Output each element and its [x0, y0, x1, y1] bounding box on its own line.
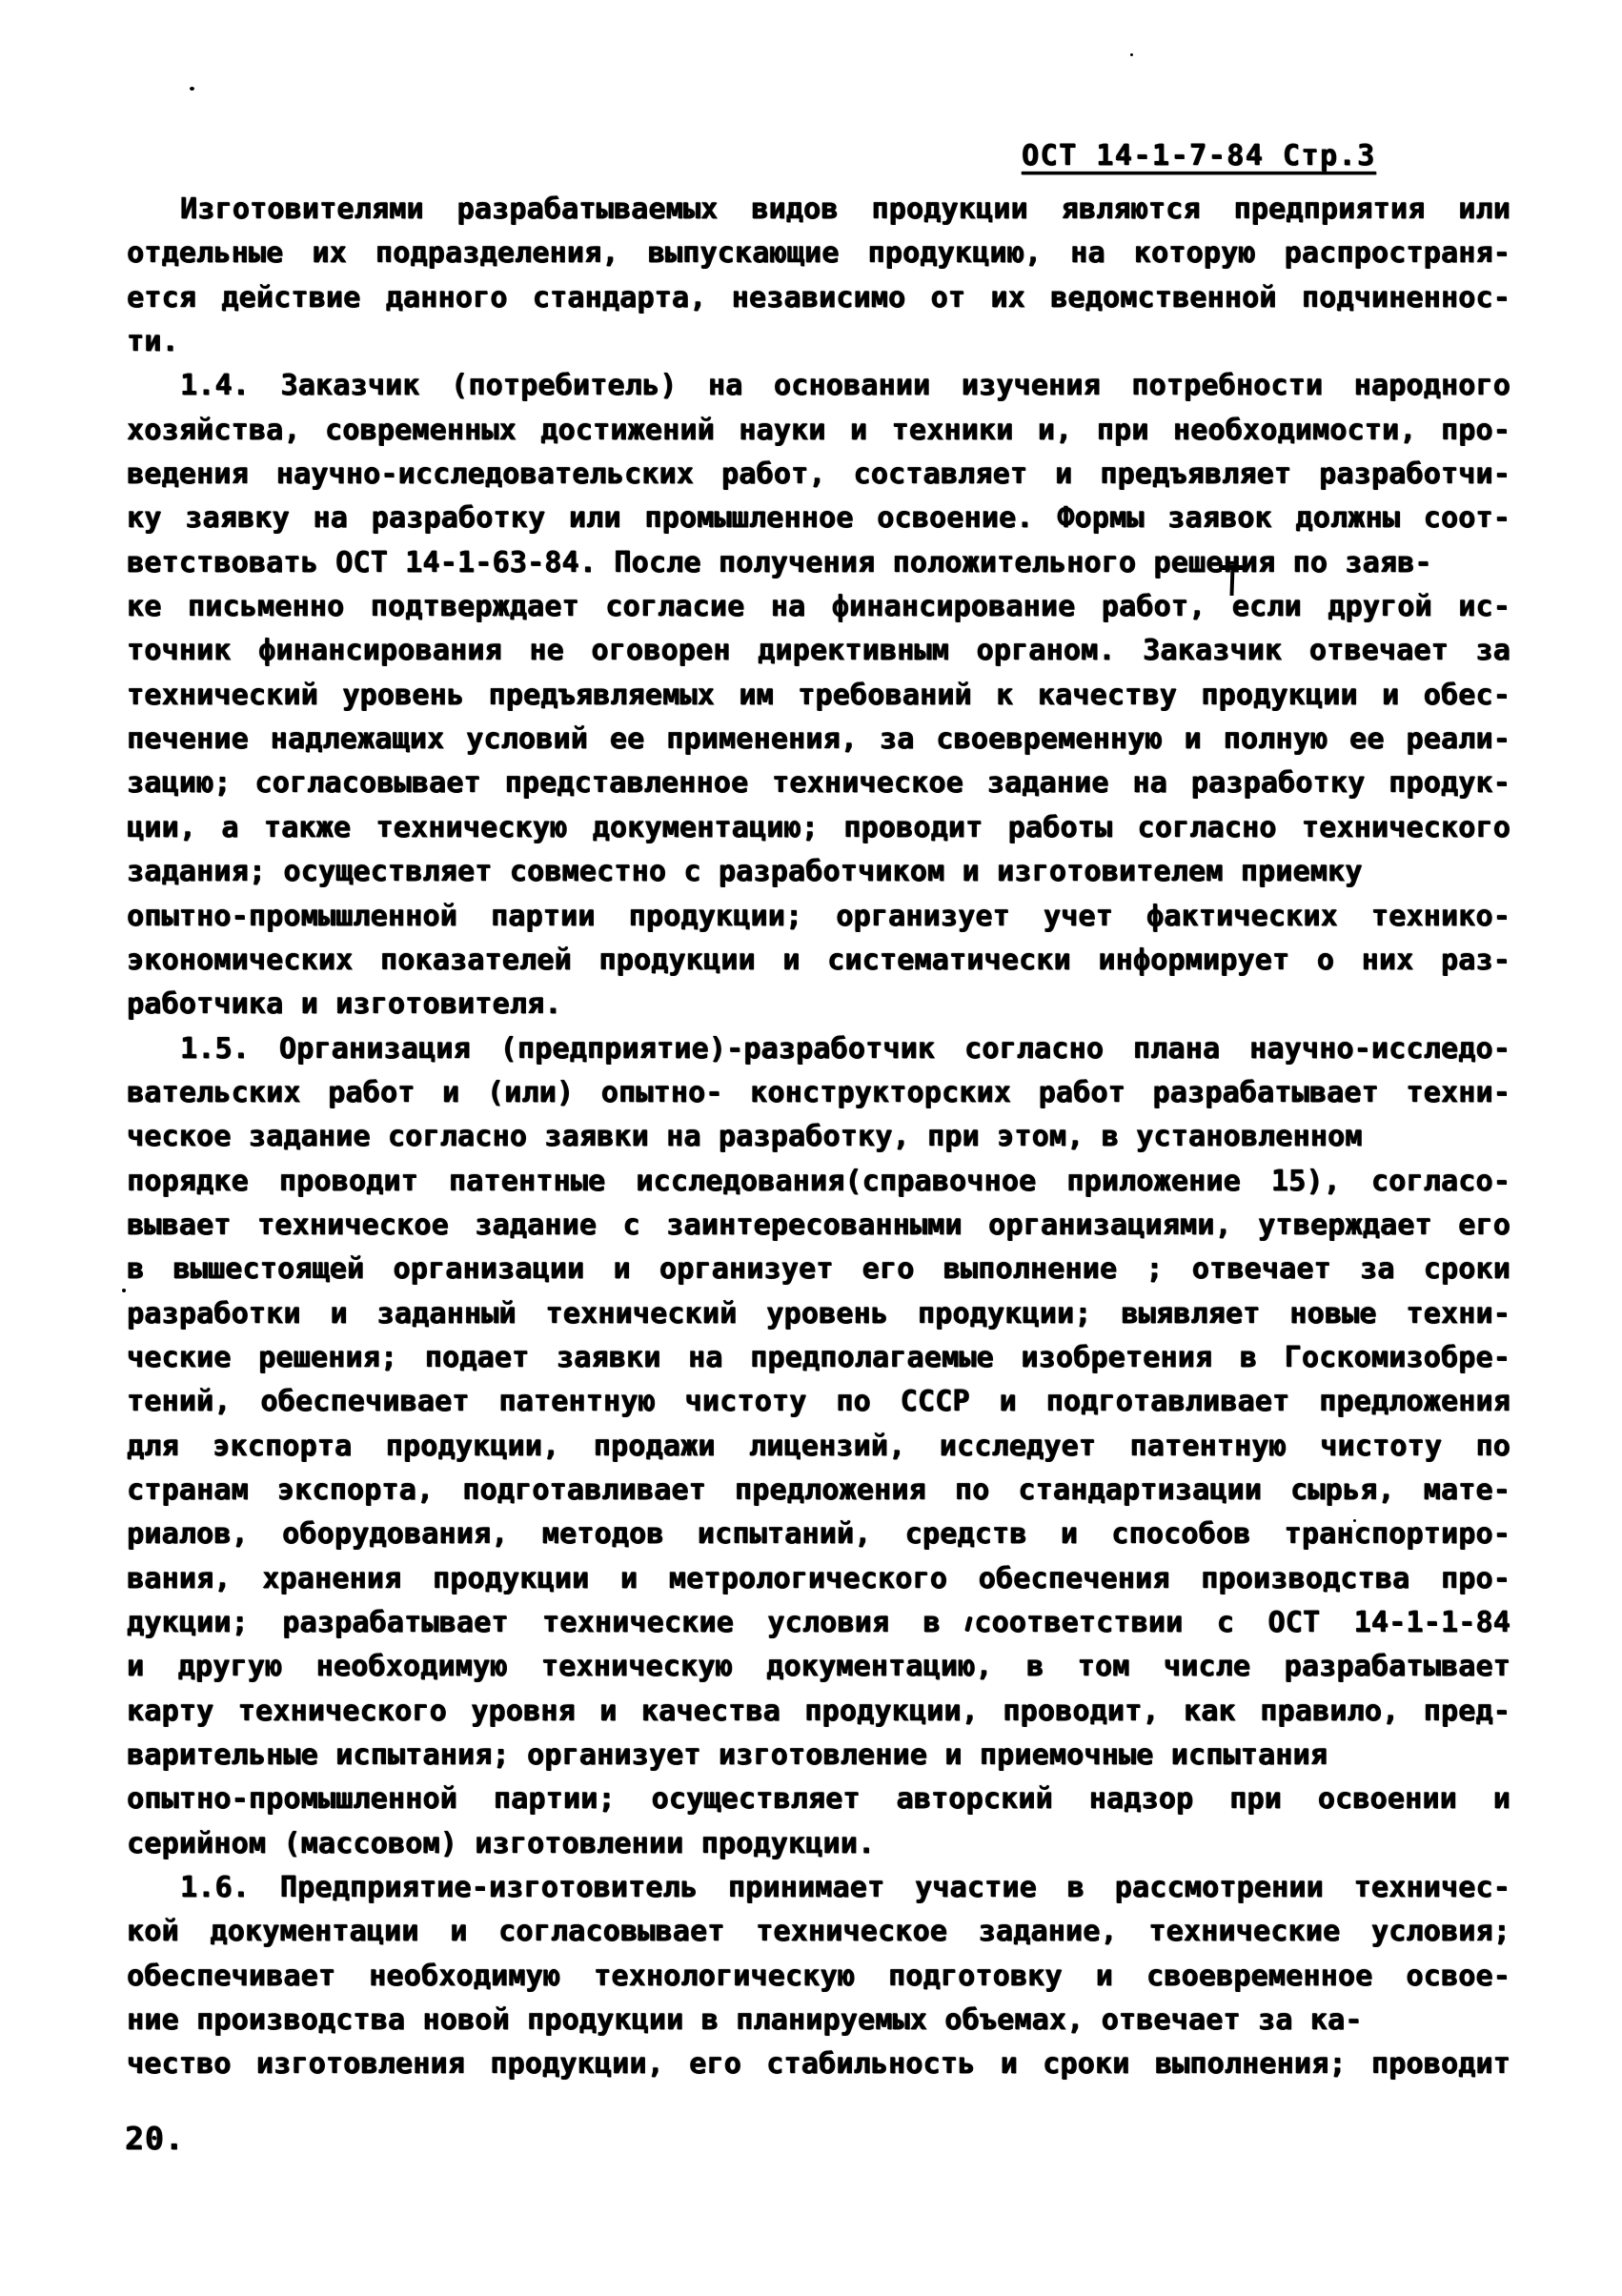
text-line: для экспорта продукции, продажи лицензий…: [127, 1425, 1510, 1469]
text-line: ется действие данного стандарта, независ…: [127, 276, 1510, 320]
text-line: задания; осуществляет совместно с разраб…: [127, 850, 1510, 894]
text-line: ние производства новой продукции в плани…: [127, 1999, 1510, 2042]
text-line: печение надлежащих условий ее применения…: [127, 718, 1510, 762]
text-line: экономических показателей продукции и си…: [127, 939, 1510, 983]
text-line: ветствовать ОСТ 14-1-63-84. После получе…: [127, 541, 1510, 585]
text-line: и другую необходимую техническую докумен…: [127, 1645, 1510, 1689]
scan-speck: [1130, 53, 1133, 56]
scan-speck: [122, 1289, 126, 1292]
text-body: Изготовителями разрабатываемых видов про…: [127, 188, 1510, 2087]
scanned-page: { "document": { "header": "ОСТ 14-1-7-84…: [0, 0, 1622, 2296]
text-line: порядке проводит патентные исследования(…: [127, 1160, 1510, 1204]
text-line: ти.: [127, 320, 1510, 364]
text-line: ческие решения; подает заявки на предпол…: [127, 1336, 1510, 1380]
text-line: дукции; разрабатывает технические услови…: [127, 1601, 1510, 1645]
text-line: зацию; согласовывает представленное техн…: [127, 762, 1510, 805]
scan-layer: ОСТ 14-1-7-84 Стр.3 Изготовителями разра…: [0, 0, 1622, 2296]
scan-speck: [1353, 1519, 1356, 1522]
scan-speck: [431, 997, 434, 1000]
text-line: опытно-промышленной партии; осуществляет…: [127, 1778, 1510, 1821]
text-line: ведения научно-исследовательских работ, …: [127, 453, 1510, 497]
text-line: вательских работ и (или) опытно- констру…: [127, 1071, 1510, 1115]
text-line: чество изготовления продукции, его стаби…: [127, 2042, 1510, 2086]
text-line: в вышестоящей организации и организует е…: [127, 1248, 1510, 1291]
text-line: опытно-промышленной партии продукции; ор…: [127, 895, 1510, 939]
page-number: 20.: [125, 2120, 185, 2157]
text-line: странам экспорта, подготавливает предлож…: [127, 1469, 1510, 1513]
text-line: 1.5. Организация (предприятие)-разработч…: [127, 1027, 1510, 1071]
text-line: ческое задание согласно заявки на разраб…: [127, 1115, 1510, 1159]
text-line: вывает техническое задание с заинтересов…: [127, 1204, 1510, 1248]
text-line: вания, хранения продукции и метрологичес…: [127, 1557, 1510, 1601]
text-line: ку заявку на разработку или промышленное…: [127, 497, 1510, 540]
text-line: тений, обеспечивает патентную чистоту по…: [127, 1380, 1510, 1424]
text-line: обеспечивает необходимую технологическую…: [127, 1955, 1510, 1999]
scan-speck: [190, 87, 194, 91]
text-line: разработки и заданный технический уровен…: [127, 1292, 1510, 1336]
text-line: Изготовителями разрабатываемых видов про…: [127, 188, 1510, 232]
text-line: точник финансирования не оговорен директ…: [127, 629, 1510, 673]
text-line: отдельные их подразделения, выпускающие …: [127, 232, 1510, 275]
scan-artifact: [1219, 565, 1245, 570]
text-line: карту технического уровня и качества про…: [127, 1690, 1510, 1734]
text-line: 1.4. Заказчик (потребитель) на основании…: [127, 364, 1510, 408]
text-line: 1.6. Предприятие-изготовитель принимает …: [127, 1866, 1510, 1910]
text-line: ции, а также техническую документацию; п…: [127, 806, 1510, 850]
text-line: технический уровень предъявляемых им тре…: [127, 674, 1510, 718]
text-line: ке письменно подтверждает согласие на фи…: [127, 585, 1510, 629]
text-line: хозяйства, современных достижений науки …: [127, 409, 1510, 453]
text-line: риалов, оборудования, методов испытаний,…: [127, 1513, 1510, 1556]
text-line: кой документации и согласовывает техниче…: [127, 1910, 1510, 1954]
document-header: ОСТ 14-1-7-84 Стр.3: [1022, 139, 1376, 173]
text-line: варительные испытания; организует изгото…: [127, 1734, 1510, 1778]
text-line: работчика и изготовителя.: [127, 983, 1510, 1026]
text-line: серийном (массовом) изготовлении продукц…: [127, 1822, 1510, 1866]
